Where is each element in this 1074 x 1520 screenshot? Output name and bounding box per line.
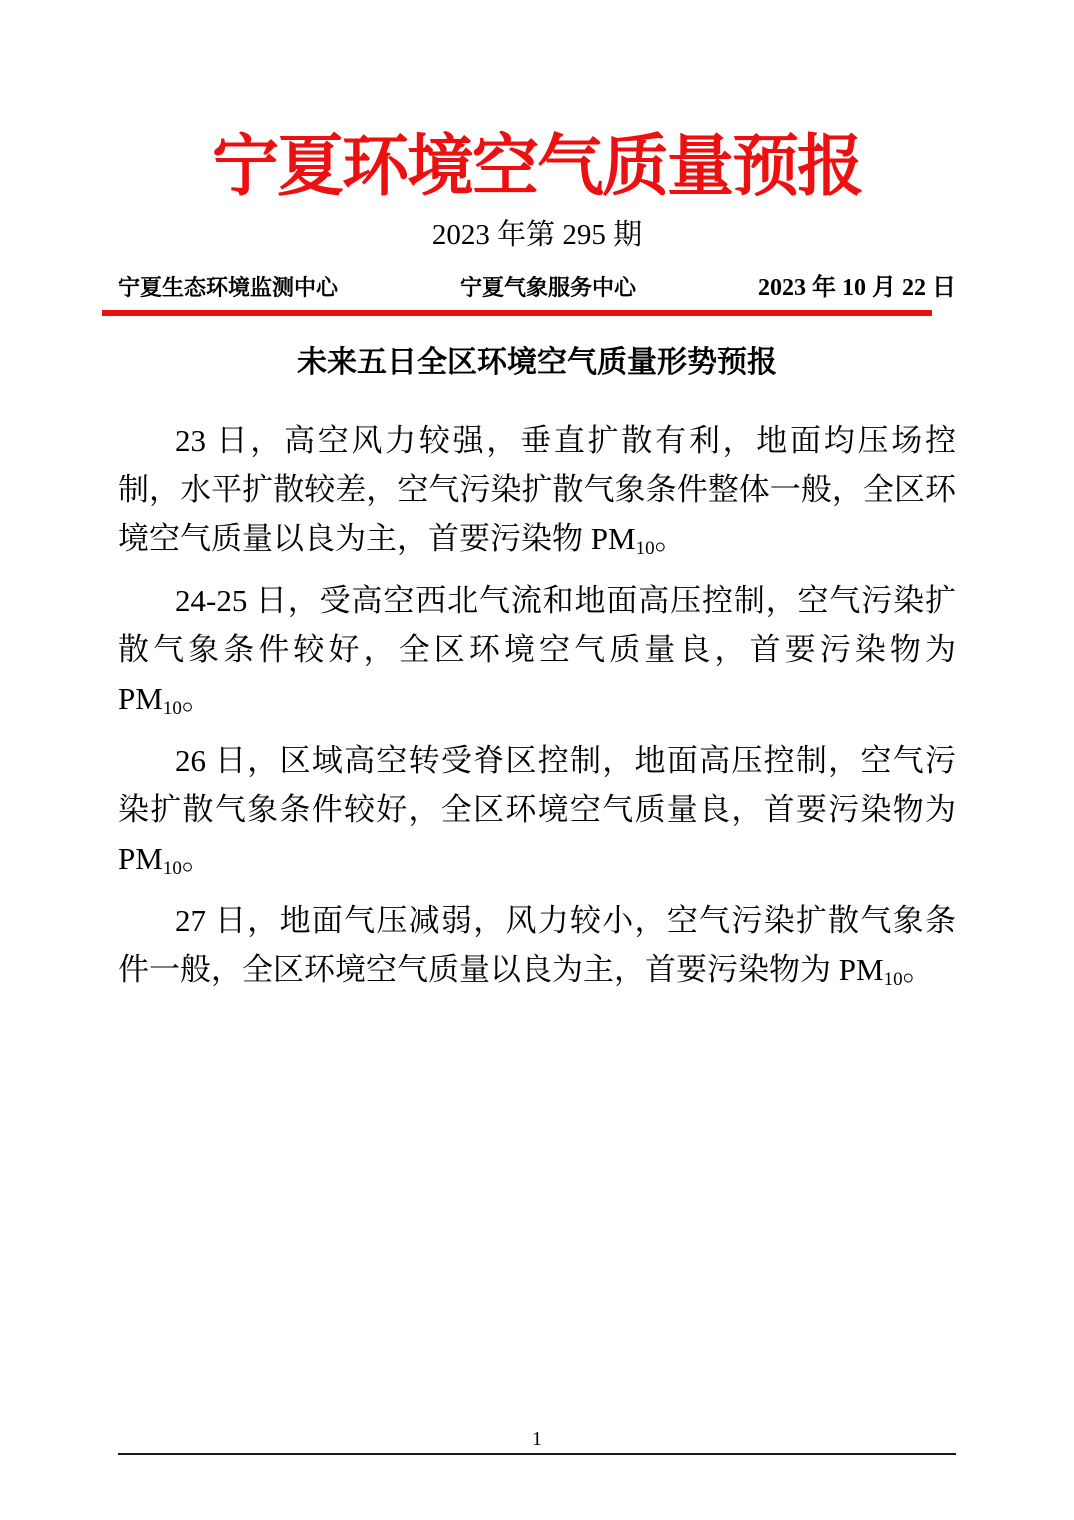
forecast-paragraph-day24-25: 24-25 日，受高空西北气流和地面高压控制，空气污染扩散气象条件较好，全区环境… bbox=[118, 576, 956, 723]
paragraph-period: 。 bbox=[182, 841, 213, 876]
forecast-paragraph-day23: 23 日，高空风力较强，垂直扩散有利，地面均压场控制，水平扩散较差，空气污染扩散… bbox=[118, 416, 956, 563]
section-title: 未来五日全区环境空气质量形势预报 bbox=[0, 345, 1074, 380]
pm10-subscript: 10 bbox=[636, 538, 655, 559]
red-divider-rule bbox=[102, 310, 932, 316]
issuer-org-center: 宁夏气象服务中心 bbox=[460, 274, 636, 302]
paragraph-text: 24-25 日，受高空西北气流和地面高压控制，空气污染扩散气象条件较好，全区环境… bbox=[118, 583, 956, 716]
pm10-subscript: 10 bbox=[163, 858, 182, 879]
paragraph-period: 。 bbox=[655, 521, 686, 556]
issue-date: 2023 年 10 月 22 日 bbox=[758, 274, 956, 302]
paragraph-text: 23 日，高空风力较强，垂直扩散有利，地面均压场控制，水平扩散较差，空气污染扩散… bbox=[118, 423, 956, 556]
document-title: 宁夏环境空气质量预报 bbox=[0, 129, 1074, 205]
issuer-org-left: 宁夏生态环境监测中心 bbox=[118, 274, 338, 302]
forecast-paragraph-day27: 27 日，地面气压减弱，风力较小，空气污染扩散气象条件一般，全区环境空气质量以良… bbox=[118, 896, 956, 994]
pm10-subscript: 10 bbox=[163, 698, 182, 719]
document-page: 宁夏环境空气质量预报 2023 年第 295 期 宁夏生态环境监测中心 宁夏气象… bbox=[0, 0, 1074, 1520]
issue-number-line: 2023 年第 295 期 bbox=[0, 218, 1074, 252]
page-number: 1 bbox=[0, 1427, 1074, 1451]
document-body: 23 日，高空风力较强，垂直扩散有利，地面均压场控制，水平扩散较差，空气污染扩散… bbox=[118, 416, 956, 1007]
masthead-row: 宁夏生态环境监测中心 宁夏气象服务中心 2023 年 10 月 22 日 bbox=[118, 274, 956, 302]
paragraph-period: 。 bbox=[903, 952, 934, 987]
paragraph-text: 26 日，区域高空转受脊区控制，地面高压控制，空气污染扩散气象条件较好，全区环境… bbox=[118, 743, 956, 876]
paragraph-text: 27 日，地面气压减弱，风力较小，空气污染扩散气象条件一般，全区环境空气质量以良… bbox=[118, 903, 956, 987]
footer-rule bbox=[118, 1453, 956, 1455]
pm10-subscript: 10 bbox=[884, 969, 903, 990]
paragraph-period: 。 bbox=[182, 681, 213, 716]
forecast-paragraph-day26: 26 日，区域高空转受脊区控制，地面高压控制，空气污染扩散气象条件较好，全区环境… bbox=[118, 736, 956, 883]
